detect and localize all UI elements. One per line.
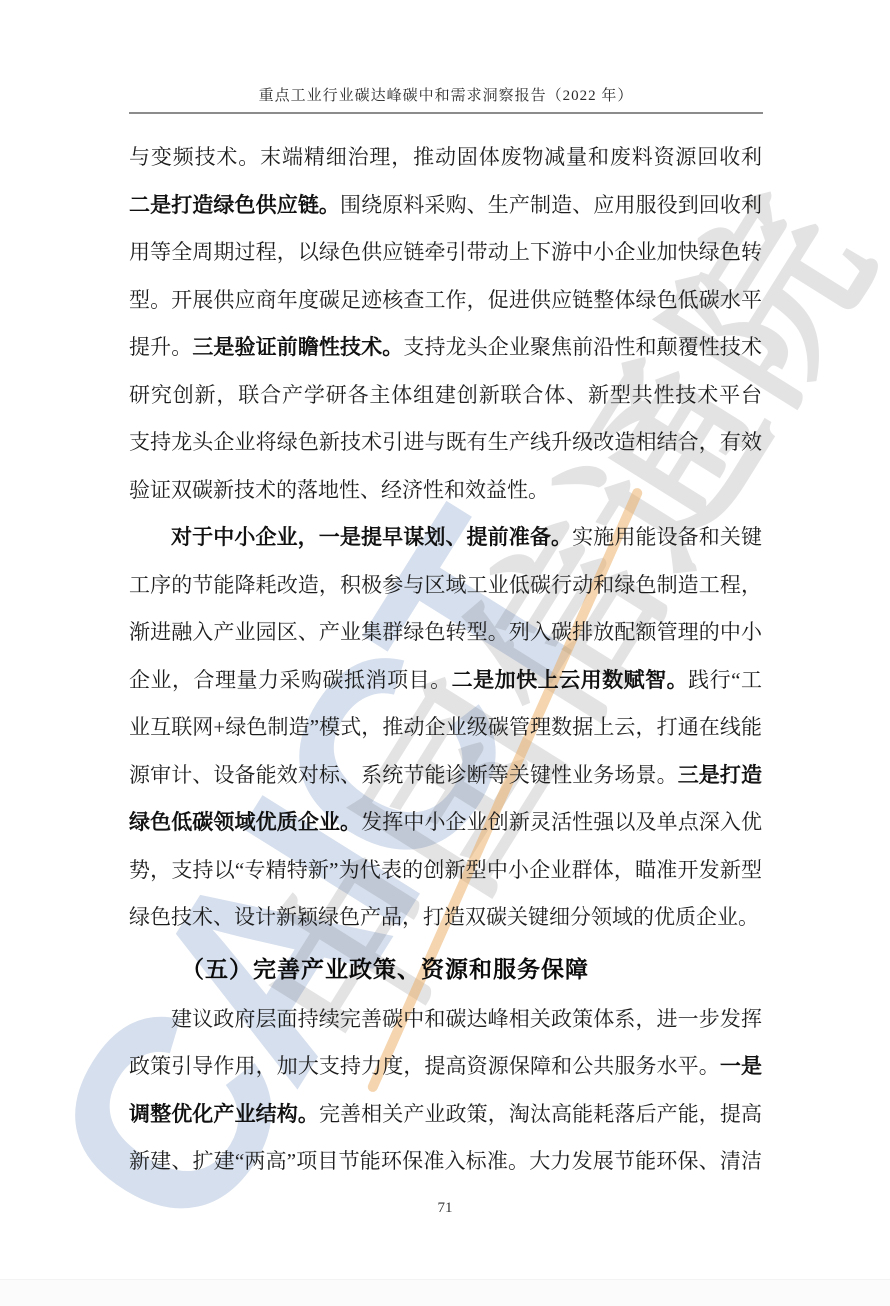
page-number: 71 [0,1200,890,1217]
text-segment: 围绕原料采购、生产制造、应用服役到回收利 [340,193,762,217]
text-line: 新建、扩建“两高”项目节能环保准入标准。大力发展节能环保、清洁 [129,1138,762,1186]
text-segment: 绿色技术、设计新颖绿色产品，打造双碳关键细分领域的优质企业。 [129,905,759,929]
text-segment: 政策引导作用，加大支持力度，提高资源保障和公共服务水平。 [129,1054,720,1078]
text-line: 业互联网+绿色制造”模式，推动企业级碳管理数据上云，打通在线能 [129,704,762,752]
bold-text-segment: 三是验证前瞻性技术。 [192,336,403,359]
text-segment: 企业，合理量力采购碳抵消项目。 [129,668,452,692]
text-segment: 型。开展供应商年度碳足迹核查工作，促进供应链整体绿色低碳水平 [129,288,762,312]
page-header: 重点工业行业碳达峰碳中和需求洞察报告（2022 年） [129,86,763,114]
footer-strip [0,1279,890,1306]
text-segment: 业互联网+绿色制造”模式，推动企业级碳管理数据上云，打通在线能 [129,715,762,739]
text-segment: 提升。 [129,335,192,359]
bold-text-segment: 对于中小企业，一是提早谋划、提前准备。 [171,526,572,549]
text-line: 对于中小企业，一是提早谋划、提前准备。实施用能设备和关键 [129,514,762,562]
bold-text-segment: 三是打造 [678,764,762,787]
bold-text-segment: 调整优化产业结构。 [129,1103,319,1126]
text-segment: 用等全周期过程，以绿色供应链牵引带动上下游中小企业加快绿色转 [129,240,762,264]
section-heading: （五）完善产业政策、资源和服务保障 [129,942,762,996]
text-segment: 渐进融入产业园区、产业集群绿色转型。列入碳排放配额管理的中小 [129,620,762,644]
text-line: 提升。三是验证前瞻性技术。支持龙头企业聚焦前沿性和颠覆性技术 [129,324,762,372]
text-segment: 支持龙头企业聚焦前沿性和颠覆性技术 [403,335,762,359]
text-line: 渐进融入产业园区、产业集群绿色转型。列入碳排放配额管理的中小 [129,609,762,657]
text-line: 企业，合理量力采购碳抵消项目。二是加快上云用数赋智。践行“工 [129,657,762,705]
text-line: 调整优化产业结构。完善相关产业政策，淘汰高能耗落后产能，提高 [129,1091,762,1139]
text-segment: 研究创新，联合产学研各主体组建创新联合体、新型共性技术平台等。 [129,383,762,420]
text-line: 绿色低碳领域优质企业。发挥中小企业创新灵活性强以及单点深入优 [129,799,762,847]
text-line: 源审计、设备能效对标、系统节能诊断等关键性业务场景。三是打造 [129,752,762,800]
text-line: 政策引导作用，加大支持力度，提高资源保障和公共服务水平。一是 [129,1043,762,1091]
report-title: 重点工业行业碳达峰碳中和需求洞察报告（2022 年） [129,86,763,106]
text-segment: 实施用能设备和关键 [572,525,762,549]
document-body: 与变频技术。末端精细治理，推动固体废物减量和废料资源回收利用。二是打造绿色供应链… [129,134,762,1186]
text-segment: 势，支持以“专精特新”为代表的创新型中小企业群体，瞄准开发新型 [129,858,762,882]
text-line: 势，支持以“专精特新”为代表的创新型中小企业群体，瞄准开发新型 [129,847,762,895]
text-segment: 与变频技术。末端精细治理，推动固体废物减量和废料资源回收利用。 [129,145,762,182]
text-line: 与变频技术。末端精细治理，推动固体废物减量和废料资源回收利用。 [129,134,762,182]
text-segment: 建议政府层面持续完善碳中和碳达峰相关政策体系，进一步发挥 [171,1007,762,1031]
text-segment: 发挥中小企业创新灵活性强以及单点深入优 [361,810,762,834]
bold-text-segment: 绿色低碳领域优质企业。 [129,811,361,834]
text-segment: 工序的节能降耗改造，积极参与区域工业低碳行动和绿色制造工程， [129,573,762,597]
text-line: 二是打造绿色供应链。围绕原料采购、生产制造、应用服役到回收利 [129,182,762,230]
bold-text-segment: 二是加快上云用数赋智。 [452,669,689,692]
text-segment: 源审计、设备能效对标、系统节能诊断等关键性业务场景。 [129,763,678,787]
text-segment: 支持龙头企业将绿色新技术引进与既有生产线升级改造相结合，有效 [129,430,762,454]
text-line: 支持龙头企业将绿色新技术引进与既有生产线升级改造相结合，有效 [129,419,762,467]
text-segment: 验证双碳新技术的落地性、经济性和效益性。 [129,478,549,502]
text-line: 型。开展供应商年度碳足迹核查工作，促进供应链整体绿色低碳水平 [129,277,762,325]
text-line: 工序的节能降耗改造，积极参与区域工业低碳行动和绿色制造工程， [129,562,762,610]
text-line: 建议政府层面持续完善碳中和碳达峰相关政策体系，进一步发挥 [129,996,762,1044]
text-segment: 完善相关产业政策，淘汰高能耗落后产能，提高 [319,1102,762,1126]
bold-text-segment: 二是打造绿色供应链。 [129,194,340,217]
text-line: 验证双碳新技术的落地性、经济性和效益性。 [129,467,762,515]
text-line: 用等全周期过程，以绿色供应链牵引带动上下游中小企业加快绿色转 [129,229,762,277]
text-line: 绿色技术、设计新颖绿色产品，打造双碳关键细分领域的优质企业。 [129,894,762,942]
document-page: CAICT 中国信通院 重点工业行业碳达峰碳中和需求洞察报告（2022 年） 与… [0,0,890,1306]
bold-text-segment: 一是 [720,1055,762,1078]
text-line: 研究创新，联合产学研各主体组建创新联合体、新型共性技术平台等。 [129,372,762,420]
text-segment: 践行“工 [688,668,762,692]
text-segment: 新建、扩建“两高”项目节能环保准入标准。大力发展节能环保、清洁 [129,1149,762,1173]
